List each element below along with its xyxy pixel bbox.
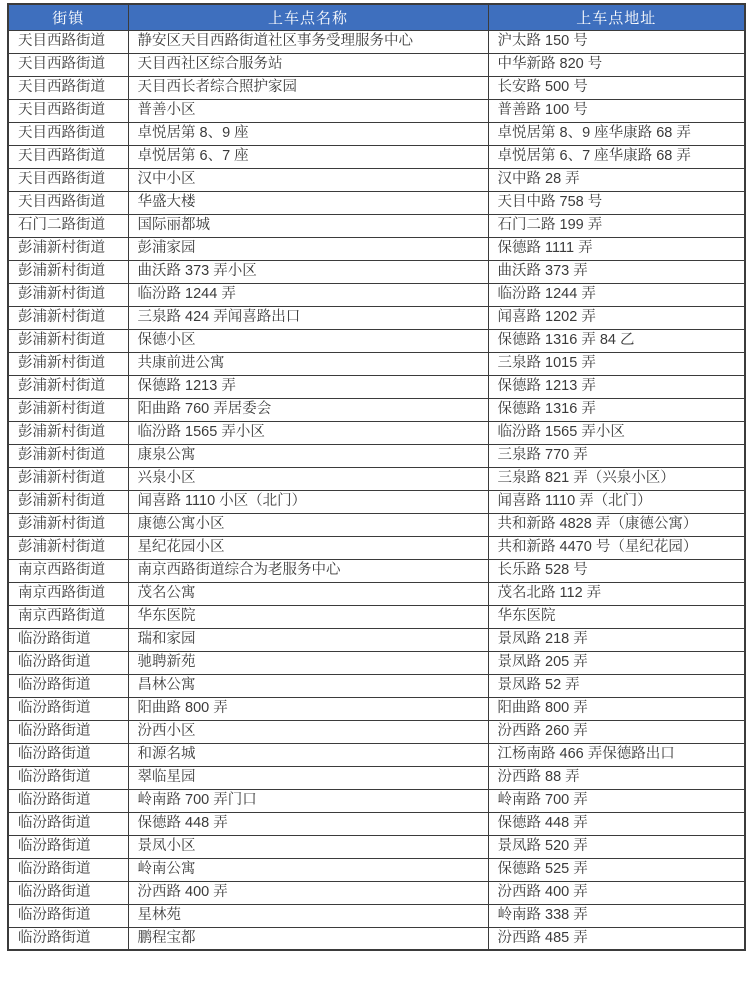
pickup-name-cell: 康德公寓小区	[128, 513, 488, 536]
table-row: 天目西路街道天目西长者综合照护家园长安路 500 号	[8, 76, 745, 99]
table-row: 彭浦新村街道康泉公寓三泉路 770 弄	[8, 444, 745, 467]
pickup-name-cell: 南京西路街道综合为老服务中心	[128, 559, 488, 582]
table-row: 彭浦新村街道临汾路 1244 弄临汾路 1244 弄	[8, 283, 745, 306]
pickup-name-cell: 昌林公寓	[128, 674, 488, 697]
pickup-address-cell: 汉中路 28 弄	[488, 168, 745, 191]
pickup-address-cell: 汾西路 400 弄	[488, 881, 745, 904]
table-row: 彭浦新村街道兴泉小区三泉路 821 弄（兴泉小区）	[8, 467, 745, 490]
table-row: 临汾路街道翠临星园汾西路 88 弄	[8, 766, 745, 789]
pickup-address-cell: 阳曲路 800 弄	[488, 697, 745, 720]
table-row: 临汾路街道阳曲路 800 弄阳曲路 800 弄	[8, 697, 745, 720]
district-cell: 彭浦新村街道	[8, 536, 128, 559]
table-body: 天目西路街道静安区天目西路街道社区事务受理服务中心沪太路 150 号天目西路街道…	[8, 30, 745, 950]
table-row: 彭浦新村街道阳曲路 760 弄居委会保德路 1316 弄	[8, 398, 745, 421]
table-row: 临汾路街道保德路 448 弄保德路 448 弄	[8, 812, 745, 835]
district-cell: 彭浦新村街道	[8, 490, 128, 513]
district-cell: 临汾路街道	[8, 858, 128, 881]
table-row: 天目西路街道卓悦居第 6、7 座卓悦居第 6、7 座华康路 68 弄	[8, 145, 745, 168]
district-cell: 临汾路街道	[8, 927, 128, 950]
pickup-name-cell: 三泉路 424 弄闻喜路出口	[128, 306, 488, 329]
pickup-address-cell: 三泉路 770 弄	[488, 444, 745, 467]
table-row: 彭浦新村街道彭浦家园保德路 1111 弄	[8, 237, 745, 260]
column-header-district: 街镇	[8, 4, 128, 30]
pickup-address-cell: 保德路 525 弄	[488, 858, 745, 881]
pickup-address-cell: 景凤路 52 弄	[488, 674, 745, 697]
pickup-address-cell: 茂名北路 112 弄	[488, 582, 745, 605]
pickup-address-cell: 天目中路 758 号	[488, 191, 745, 214]
district-cell: 彭浦新村街道	[8, 421, 128, 444]
pickup-name-cell: 天目西长者综合照护家园	[128, 76, 488, 99]
pickup-name-cell: 曲沃路 373 弄小区	[128, 260, 488, 283]
table-row: 南京西路街道南京西路街道综合为老服务中心长乐路 528 号	[8, 559, 745, 582]
district-cell: 天目西路街道	[8, 30, 128, 53]
pickup-points-page: 街镇 上车点名称 上车点地址 天目西路街道静安区天目西路街道社区事务受理服务中心…	[0, 0, 750, 1002]
pickup-name-cell: 鹏程宝都	[128, 927, 488, 950]
pickup-address-cell: 普善路 100 号	[488, 99, 745, 122]
pickup-name-cell: 和源名城	[128, 743, 488, 766]
district-cell: 彭浦新村街道	[8, 352, 128, 375]
pickup-address-cell: 闻喜路 1202 弄	[488, 306, 745, 329]
table-row: 彭浦新村街道星纪花园小区共和新路 4470 号（星纪花园）	[8, 536, 745, 559]
pickup-address-cell: 汾西路 485 弄	[488, 927, 745, 950]
pickup-address-cell: 卓悦居第 6、7 座华康路 68 弄	[488, 145, 745, 168]
table-row: 南京西路街道华东医院华东医院	[8, 605, 745, 628]
district-cell: 临汾路街道	[8, 720, 128, 743]
header-row: 街镇 上车点名称 上车点地址	[8, 4, 745, 30]
table-row: 临汾路街道星林苑岭南路 338 弄	[8, 904, 745, 927]
district-cell: 南京西路街道	[8, 559, 128, 582]
pickup-name-cell: 华盛大楼	[128, 191, 488, 214]
column-header-pickup-name: 上车点名称	[128, 4, 488, 30]
district-cell: 彭浦新村街道	[8, 513, 128, 536]
table-row: 天目西路街道天目西社区综合服务站中华新路 820 号	[8, 53, 745, 76]
district-cell: 彭浦新村街道	[8, 329, 128, 352]
table-row: 彭浦新村街道保德小区保德路 1316 弄 84 乙	[8, 329, 745, 352]
pickup-address-cell: 长乐路 528 号	[488, 559, 745, 582]
pickup-name-cell: 国际丽都城	[128, 214, 488, 237]
pickup-name-cell: 翠临星园	[128, 766, 488, 789]
table-row: 临汾路街道瑞和家园景凤路 218 弄	[8, 628, 745, 651]
district-cell: 彭浦新村街道	[8, 306, 128, 329]
pickup-address-cell: 江杨南路 466 弄保德路出口	[488, 743, 745, 766]
pickup-name-cell: 阳曲路 760 弄居委会	[128, 398, 488, 421]
district-cell: 临汾路街道	[8, 904, 128, 927]
pickup-name-cell: 景凤小区	[128, 835, 488, 858]
pickup-address-cell: 岭南路 338 弄	[488, 904, 745, 927]
table-row: 彭浦新村街道康德公寓小区共和新路 4828 弄（康德公寓）	[8, 513, 745, 536]
pickup-name-cell: 汾西小区	[128, 720, 488, 743]
pickup-address-cell: 闻喜路 1110 弄（北门）	[488, 490, 745, 513]
pickup-address-cell: 景凤路 520 弄	[488, 835, 745, 858]
district-cell: 天目西路街道	[8, 168, 128, 191]
pickup-address-cell: 三泉路 1015 弄	[488, 352, 745, 375]
district-cell: 彭浦新村街道	[8, 283, 128, 306]
column-header-pickup-address: 上车点地址	[488, 4, 745, 30]
pickup-address-cell: 保德路 1213 弄	[488, 375, 745, 398]
table-row: 彭浦新村街道临汾路 1565 弄小区临汾路 1565 弄小区	[8, 421, 745, 444]
table-header: 街镇 上车点名称 上车点地址	[8, 4, 745, 30]
pickup-name-cell: 驰聘新苑	[128, 651, 488, 674]
table-row: 临汾路街道汾西路 400 弄汾西路 400 弄	[8, 881, 745, 904]
pickup-name-cell: 临汾路 1244 弄	[128, 283, 488, 306]
table-row: 天目西路街道普善小区普善路 100 号	[8, 99, 745, 122]
pickup-name-cell: 星纪花园小区	[128, 536, 488, 559]
district-cell: 临汾路街道	[8, 651, 128, 674]
table-row: 彭浦新村街道共康前进公寓三泉路 1015 弄	[8, 352, 745, 375]
district-cell: 临汾路街道	[8, 812, 128, 835]
pickup-address-cell: 共和新路 4470 号（星纪花园）	[488, 536, 745, 559]
pickup-name-cell: 汉中小区	[128, 168, 488, 191]
pickup-name-cell: 岭南公寓	[128, 858, 488, 881]
district-cell: 天目西路街道	[8, 53, 128, 76]
pickup-name-cell: 闻喜路 1110 小区（北门）	[128, 490, 488, 513]
pickup-address-cell: 景凤路 205 弄	[488, 651, 745, 674]
district-cell: 彭浦新村街道	[8, 467, 128, 490]
pickup-name-cell: 华东医院	[128, 605, 488, 628]
pickup-name-cell: 普善小区	[128, 99, 488, 122]
pickup-name-cell: 保德小区	[128, 329, 488, 352]
pickup-address-cell: 曲沃路 373 弄	[488, 260, 745, 283]
district-cell: 临汾路街道	[8, 835, 128, 858]
table-row: 临汾路街道岭南公寓保德路 525 弄	[8, 858, 745, 881]
district-cell: 彭浦新村街道	[8, 375, 128, 398]
table-row: 彭浦新村街道曲沃路 373 弄小区曲沃路 373 弄	[8, 260, 745, 283]
pickup-address-cell: 保德路 1111 弄	[488, 237, 745, 260]
pickup-name-cell: 茂名公寓	[128, 582, 488, 605]
pickup-name-cell: 临汾路 1565 弄小区	[128, 421, 488, 444]
table-row: 彭浦新村街道保德路 1213 弄保德路 1213 弄	[8, 375, 745, 398]
district-cell: 南京西路街道	[8, 582, 128, 605]
district-cell: 天目西路街道	[8, 145, 128, 168]
pickup-address-cell: 岭南路 700 弄	[488, 789, 745, 812]
pickup-name-cell: 星林苑	[128, 904, 488, 927]
pickup-name-cell: 共康前进公寓	[128, 352, 488, 375]
pickup-address-cell: 共和新路 4828 弄（康德公寓）	[488, 513, 745, 536]
district-cell: 彭浦新村街道	[8, 398, 128, 421]
district-cell: 临汾路街道	[8, 697, 128, 720]
district-cell: 临汾路街道	[8, 766, 128, 789]
pickup-address-cell: 景凤路 218 弄	[488, 628, 745, 651]
district-cell: 彭浦新村街道	[8, 237, 128, 260]
district-cell: 天目西路街道	[8, 76, 128, 99]
pickup-address-cell: 汾西路 88 弄	[488, 766, 745, 789]
district-cell: 临汾路街道	[8, 881, 128, 904]
pickup-address-cell: 保德路 448 弄	[488, 812, 745, 835]
table-row: 彭浦新村街道三泉路 424 弄闻喜路出口闻喜路 1202 弄	[8, 306, 745, 329]
pickup-points-table: 街镇 上车点名称 上车点地址 天目西路街道静安区天目西路街道社区事务受理服务中心…	[7, 3, 746, 951]
table-row: 临汾路街道景凤小区景凤路 520 弄	[8, 835, 745, 858]
pickup-address-cell: 华东医院	[488, 605, 745, 628]
pickup-name-cell: 天目西社区综合服务站	[128, 53, 488, 76]
pickup-name-cell: 瑞和家园	[128, 628, 488, 651]
pickup-address-cell: 保德路 1316 弄 84 乙	[488, 329, 745, 352]
pickup-name-cell: 静安区天目西路街道社区事务受理服务中心	[128, 30, 488, 53]
pickup-name-cell: 阳曲路 800 弄	[128, 697, 488, 720]
district-cell: 彭浦新村街道	[8, 444, 128, 467]
pickup-address-cell: 中华新路 820 号	[488, 53, 745, 76]
pickup-address-cell: 汾西路 260 弄	[488, 720, 745, 743]
table-row: 天目西路街道华盛大楼天目中路 758 号	[8, 191, 745, 214]
pickup-name-cell: 卓悦居第 6、7 座	[128, 145, 488, 168]
pickup-name-cell: 岭南路 700 弄门口	[128, 789, 488, 812]
district-cell: 临汾路街道	[8, 628, 128, 651]
table-row: 天目西路街道卓悦居第 8、9 座卓悦居第 8、9 座华康路 68 弄	[8, 122, 745, 145]
table-row: 临汾路街道岭南路 700 弄门口岭南路 700 弄	[8, 789, 745, 812]
pickup-address-cell: 保德路 1316 弄	[488, 398, 745, 421]
pickup-name-cell: 保德路 448 弄	[128, 812, 488, 835]
district-cell: 天目西路街道	[8, 191, 128, 214]
pickup-address-cell: 卓悦居第 8、9 座华康路 68 弄	[488, 122, 745, 145]
district-cell: 南京西路街道	[8, 605, 128, 628]
pickup-name-cell: 汾西路 400 弄	[128, 881, 488, 904]
table-row: 临汾路街道和源名城江杨南路 466 弄保德路出口	[8, 743, 745, 766]
district-cell: 石门二路街道	[8, 214, 128, 237]
pickup-address-cell: 三泉路 821 弄（兴泉小区）	[488, 467, 745, 490]
pickup-name-cell: 康泉公寓	[128, 444, 488, 467]
table-row: 石门二路街道国际丽都城石门二路 199 弄	[8, 214, 745, 237]
pickup-name-cell: 兴泉小区	[128, 467, 488, 490]
table-row: 临汾路街道鹏程宝都汾西路 485 弄	[8, 927, 745, 950]
district-cell: 天目西路街道	[8, 122, 128, 145]
table-row: 天目西路街道汉中小区汉中路 28 弄	[8, 168, 745, 191]
table-row: 临汾路街道昌林公寓景凤路 52 弄	[8, 674, 745, 697]
pickup-address-cell: 长安路 500 号	[488, 76, 745, 99]
pickup-address-cell: 临汾路 1565 弄小区	[488, 421, 745, 444]
table-row: 天目西路街道静安区天目西路街道社区事务受理服务中心沪太路 150 号	[8, 30, 745, 53]
pickup-address-cell: 石门二路 199 弄	[488, 214, 745, 237]
table-row: 临汾路街道汾西小区汾西路 260 弄	[8, 720, 745, 743]
district-cell: 天目西路街道	[8, 99, 128, 122]
pickup-address-cell: 临汾路 1244 弄	[488, 283, 745, 306]
pickup-address-cell: 沪太路 150 号	[488, 30, 745, 53]
district-cell: 临汾路街道	[8, 789, 128, 812]
table-row: 临汾路街道驰聘新苑景凤路 205 弄	[8, 651, 745, 674]
table-row: 南京西路街道茂名公寓茂名北路 112 弄	[8, 582, 745, 605]
pickup-name-cell: 保德路 1213 弄	[128, 375, 488, 398]
table-row: 彭浦新村街道闻喜路 1110 小区（北门）闻喜路 1110 弄（北门）	[8, 490, 745, 513]
pickup-name-cell: 彭浦家园	[128, 237, 488, 260]
district-cell: 临汾路街道	[8, 743, 128, 766]
pickup-name-cell: 卓悦居第 8、9 座	[128, 122, 488, 145]
district-cell: 临汾路街道	[8, 674, 128, 697]
district-cell: 彭浦新村街道	[8, 260, 128, 283]
